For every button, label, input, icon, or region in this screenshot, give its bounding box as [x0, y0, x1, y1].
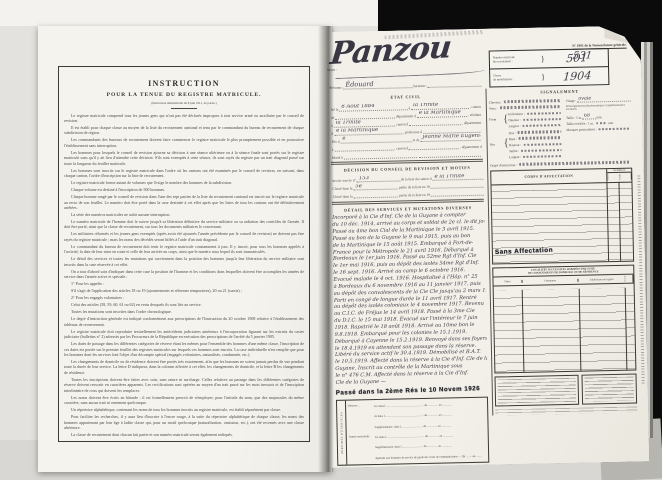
matricule-page: N° 1901 de la Nomenclature générale. Nom… [320, 25, 649, 468]
instruction-paragraph: Le registre matricule forme autant de vo… [64, 180, 304, 185]
periodes-row: Supplémentaire, dans l..................… [348, 420, 485, 431]
margin-number: 531 [572, 50, 592, 61]
instruction-paragraph: Les militaires réformés et les jeunes ge… [64, 231, 304, 242]
instruction-paragraph: Chaque homme rangé par le conseil de rev… [64, 194, 304, 210]
instruction-paragraph: 1° Pour les appelés : [64, 281, 304, 286]
instruction-paragraph: Les commandants des bureaux de recruteme… [64, 137, 304, 148]
visage-label: Visage : [566, 98, 577, 102]
decision-lines: Inscrit sous le n° 153 de la liste du ca… [331, 172, 483, 199]
etat-civil-lines: Né le 8 Août 1884 à la Trinité , canton … [330, 100, 483, 159]
instruction-paragraph: Les hommes sont inscrits sur le registre… [64, 168, 304, 179]
instruction-subtitle: POUR LA TENUE DU REGISTRE MATRICULE. [64, 92, 304, 98]
instruction-paragraph: Le numéro matricule de l'homme doit le s… [64, 219, 304, 230]
surname-handwritten: Panzou [329, 29, 453, 72]
scanned-register-spread: INSTRUCTION POUR LA TENUE DU REGISTRE MA… [0, 0, 662, 480]
signalement-left: Cheveux : Yeux : Front { Inclinaison :Ha… [489, 97, 564, 160]
instruction-paragraph: La classe de recrutement dont chacun fai… [64, 432, 304, 437]
periodes-rows: Réserve ... 1re dans l..................… [346, 397, 488, 464]
periodes-row: Supplémentaire, dans l..................… [349, 441, 486, 452]
periodes-row: Armée territoriale 1re dans l...........… [349, 431, 486, 442]
instruction-paragraph: On a tout d'abord soin d'indiquer dans c… [64, 269, 304, 280]
instruction-paragraph: Le registre matricule comprend tous les … [64, 113, 304, 124]
prenoms-line: Prénoms : Édouard Surnoms : [329, 78, 481, 90]
epoques-box [494, 374, 579, 406]
localites-table: LOCALITÉS SUCCESSIVES HABITÉES PAR SUITE… [492, 264, 636, 373]
marques-label: Marques particulières : [566, 128, 596, 133]
instruction-paragraph: Les dates de passage dans les différente… [64, 341, 304, 357]
place-box [582, 373, 637, 404]
instruction-paragraph: Le registre matricule doit reproduire te… [64, 329, 304, 340]
prenoms-label: Prénoms : [329, 86, 343, 90]
nez-label: Nez [489, 129, 504, 160]
ruled-rows [494, 287, 636, 372]
col-dates: Dates [493, 280, 521, 284]
decision-heading: DÉCISION DU CONSEIL DE REVISION ET MOTIF… [331, 165, 483, 173]
instruction-paragraph: Celui des articles (58, 59, 60, 61 ou 62… [64, 302, 304, 307]
instruction-paragraph: Le commandant du bureau de recrutement d… [64, 244, 304, 255]
instruction-paragraph: Les hommes pour lesquels le conseil de r… [64, 150, 304, 166]
signalement-column: SIGNALEMENT Cheveux : Yeux : Front { Inc… [485, 86, 637, 416]
instruction-frame: INSTRUCTION POUR LA TENUE DU REGISTRE MA… [56, 64, 312, 444]
instruction-paragraph: Chaque volume est destiné à l'inscriptio… [64, 187, 304, 192]
instruction-page: INSTRUCTION POUR LA TENUE DU REGISTRE MA… [38, 26, 332, 472]
periodes-row: 2e dans l...............................… [348, 410, 485, 421]
instruction-paragraph: Pour faciliter les recherches, il y aura… [64, 414, 304, 430]
instruction-paragraph: Toutes les inscriptions doivent être fai… [64, 377, 304, 393]
col-d-ou-r: D ou R [624, 275, 633, 283]
instruction-note: (Instruction ministérielle du 8 juin 191… [64, 101, 304, 105]
instruction-paragraph: Toutes les mutations sont inscrites dans… [64, 309, 304, 314]
signalement-right: Visage :ovale Renseignements physionomiq… [563, 95, 632, 158]
visage-value: ovale [576, 95, 630, 102]
taille-value: 68 [582, 113, 596, 119]
etat-civil-column: ÉTAT CIVIL Né le 8 Août 1884 à la Trinit… [330, 91, 490, 466]
instruction-body: Le registre matricule comprend tous les … [64, 113, 304, 438]
etat-civil-heading: ÉTAT CIVIL [330, 93, 482, 101]
services-entries: Incorporé à la Cie d'Inf. Cle de la Guya… [332, 212, 488, 387]
nez-rows: Dos :Base :Hauteur :Saillie :Largeur : [509, 127, 564, 159]
printer-imprint-vertical [637, 175, 644, 385]
instruction-paragraph: 2° Pour les engagés volontaires : [64, 295, 304, 300]
instruction-paragraph: Un répertoire alphabétique, contenant le… [64, 407, 304, 412]
surnoms-label: Surnoms : [413, 84, 427, 88]
instruction-paragraph: Il est établi pour chaque classe au moye… [64, 125, 304, 136]
periodes-table: PÉRIODES D'EXERCICES Réserve ... 1re dan… [336, 396, 489, 465]
footnote-microtext [495, 406, 637, 415]
prenoms-value: Édouard [343, 79, 413, 89]
cheveux-label: Cheveux : [489, 100, 503, 104]
instruction-paragraph: S'il s'agit de l'application des article… [64, 288, 304, 293]
taille-label: Taille : 1 m. [566, 115, 582, 119]
classe-value: 1904 [546, 68, 609, 84]
feature-row: Largeur : [509, 152, 564, 159]
instruction-paragraph: Le détail des services et toutes les mut… [64, 256, 304, 267]
instruction-paragraph: La série des numéros matricules ne subit… [64, 212, 304, 217]
corps-affectation-table: CORPS D'AFFECTATION NUMÉROS matricule d'… [490, 167, 634, 264]
bottom-boxes [494, 373, 637, 406]
instruction-title: INSTRUCTION [64, 79, 304, 88]
col-subdivision: Subdivision de région [577, 278, 624, 282]
signalement-heading: SIGNALEMENT [489, 88, 631, 96]
numeros-sub-matricule: matricule [607, 172, 619, 179]
periodes-row: Réserve ... 1re dans l..................… [348, 400, 485, 411]
ornament-rule [171, 108, 197, 109]
front-label: Front [489, 110, 503, 129]
reserve-stamp: Passé dans la 2ème Rés le 10 Novem 1926 [336, 385, 488, 397]
instruction-paragraph: Les noms doivent être écrits en bâtarde … [64, 395, 304, 406]
renseignements-label: Renseignements physionomiques complément… [566, 103, 631, 111]
degre-instruction-label: Degré d'instruction : [490, 163, 517, 168]
instruction-paragraph: Les changements de domicile ou de réside… [64, 359, 304, 375]
instruction-paragraph: Le degré d'instruction générale est indi… [64, 316, 304, 327]
taille-rectifiee-label: Taille rectifiée : 1 m. [566, 121, 594, 126]
periodes-row: Aptitude aux hommes du service de garde … [349, 451, 486, 462]
numeros-sub-ordre: d'ordre [619, 172, 632, 179]
col-communes: Communes [521, 279, 577, 283]
numeros-header: NUMÉROS matricule d'ordre [606, 168, 631, 182]
front-rows: Inclinaison :Hauteur :Largeur : [508, 109, 563, 129]
